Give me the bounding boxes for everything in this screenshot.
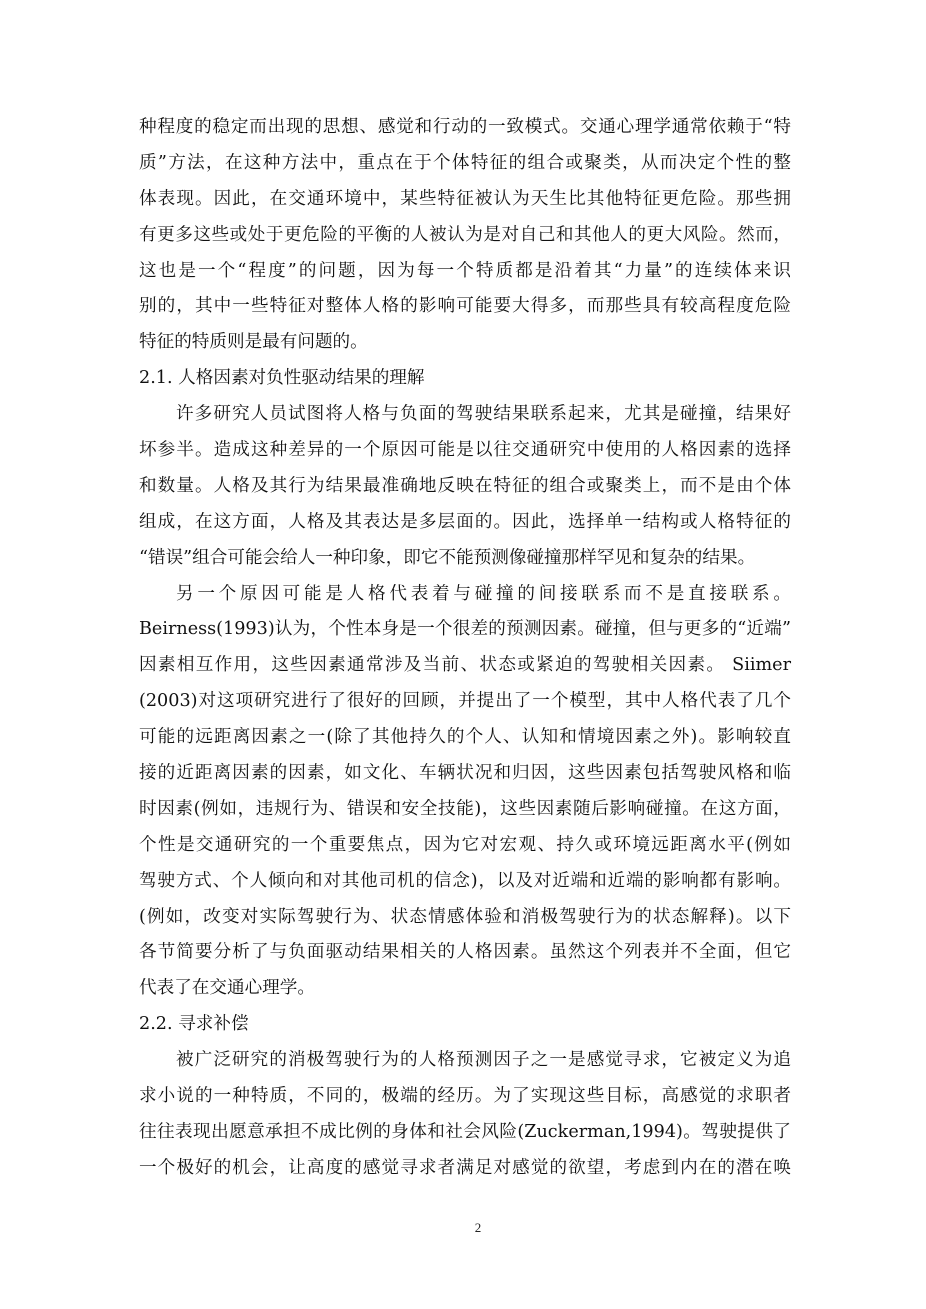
text-line: 另一个原因可能是人格代表着与碰撞的间接联系而不是直接联系。 [139,577,791,613]
section-heading-2-2: 2.2. 寻求补偿 [139,1007,791,1043]
text-line: 时因素(例如，违规行为、错误和安全技能)，这些因素随后影响碰撞。在这方面， [139,792,791,828]
text-line: 体表现。因此，在交通环境中，某些特征被认为天生比其他特征更危险。那些拥 [139,182,791,218]
text-line: 特征的特质则是最有问题的。 [139,325,791,361]
text-line: 代表了在交通心理学。 [139,971,791,1007]
text-line: (例如，改变对实际驾驶行为、状态情感体验和消极驾驶行为的状态解释)。以下 [139,900,791,936]
text-line: “错误”组合可能会给人一种印象，即它不能预测像碰撞那样罕见和复杂的结果。 [139,541,791,577]
section-heading-2-1: 2.1. 人格因素对负性驱动结果的理解 [139,361,791,397]
text-line: (2003)对这项研究进行了很好的回顾，并提出了一个模型，其中人格代表了几个 [139,684,791,720]
page-number: 2 [470,1220,486,1236]
text-line: 因素相互作用，这些因素通常涉及当前、状态或紧迫的驾驶相关因素。 Siimer [139,648,791,684]
text-line: 质”方法，在这种方法中，重点在于个体特征的组合或聚类，从而决定个性的整 [139,146,791,182]
paragraph-sensation-seeking: 被广泛研究的消极驾驶行为的人格预测因子之一是感觉寻求，它被定义为追 求小说的一种… [139,1043,791,1187]
text-line: 别的，其中一些特征对整体人格的影响可能要大得多，而那些具有较高程度危险 [139,289,791,325]
text-line: 这也是一个“程度”的问题，因为每一个特质都是沿着其“力量”的连续体来识 [139,254,791,290]
text-line: 驾驶方式、个人倾向和对其他司机的信念)，以及对近端和近端的影响都有影响。 [139,864,791,900]
text-line: 组成，在这方面，人格及其表达是多层面的。因此，选择单一结构或人格特征的 [139,505,791,541]
text-line: 坏参半。造成这种差异的一个原因可能是以往交通研究中使用的人格因素的选择 [139,433,791,469]
text-line: 被广泛研究的消极驾驶行为的人格预测因子之一是感觉寻求，它被定义为追 [139,1043,791,1079]
text-line: 一个极好的机会，让高度的感觉寻求者满足对感觉的欲望，考虑到内在的潜在唤 [139,1151,791,1187]
text-line: 求小说的一种特质，不同的，极端的经历。为了实现这些目标，高感觉的求职者 [139,1079,791,1115]
paragraph-trait-approach: 种程度的稳定而出现的思想、感觉和行动的一致模式。交通心理学通常依赖于“特 质”方… [139,110,791,361]
text-line: 许多研究人员试图将人格与负面的驾驶结果联系起来，尤其是碰撞，结果好 [139,397,791,433]
text-line: 可能的远距离因素之一(除了其他持久的个人、认知和情境因素之外)。影响较直 [139,720,791,756]
paragraph-indirect-link: 另一个原因可能是人格代表着与碰撞的间接联系而不是直接联系。 Beirness(1… [139,577,791,1008]
text-line: 和数量。人格及其行为结果最准确地反映在特征的组合或聚类上，而不是由个体 [139,469,791,505]
text-line: 往往表现出愿意承担不成比例的身体和社会风险(Zuckerman,1994)。驾驶… [139,1115,791,1151]
text-line: 各节简要分析了与负面驱动结果相关的人格因素。虽然这个列表并不全面，但它 [139,935,791,971]
text-line: 接的近距离因素的因素，如文化、车辆状况和归因，这些因素包括驾驶风格和临 [139,756,791,792]
text-line: 种程度的稳定而出现的思想、感觉和行动的一致模式。交通心理学通常依赖于“特 [139,110,791,146]
paragraph-personality-outcomes: 许多研究人员试图将人格与负面的驾驶结果联系起来，尤其是碰撞，结果好 坏参半。造成… [139,397,791,576]
text-line: 有更多这些或处于更危险的平衡的人被认为是对自己和其他人的更大风险。然而， [139,218,791,254]
text-line: 个性是交通研究的一个重要焦点，因为它对宏观、持久或环境远距离水平(例如 [139,828,791,864]
document-page: 种程度的稳定而出现的思想、感觉和行动的一致模式。交通心理学通常依赖于“特 质”方… [139,110,791,1187]
text-line: Beirness(1993)认为，个性本身是一个很差的预测因素。碰撞，但与更多的… [139,612,791,648]
